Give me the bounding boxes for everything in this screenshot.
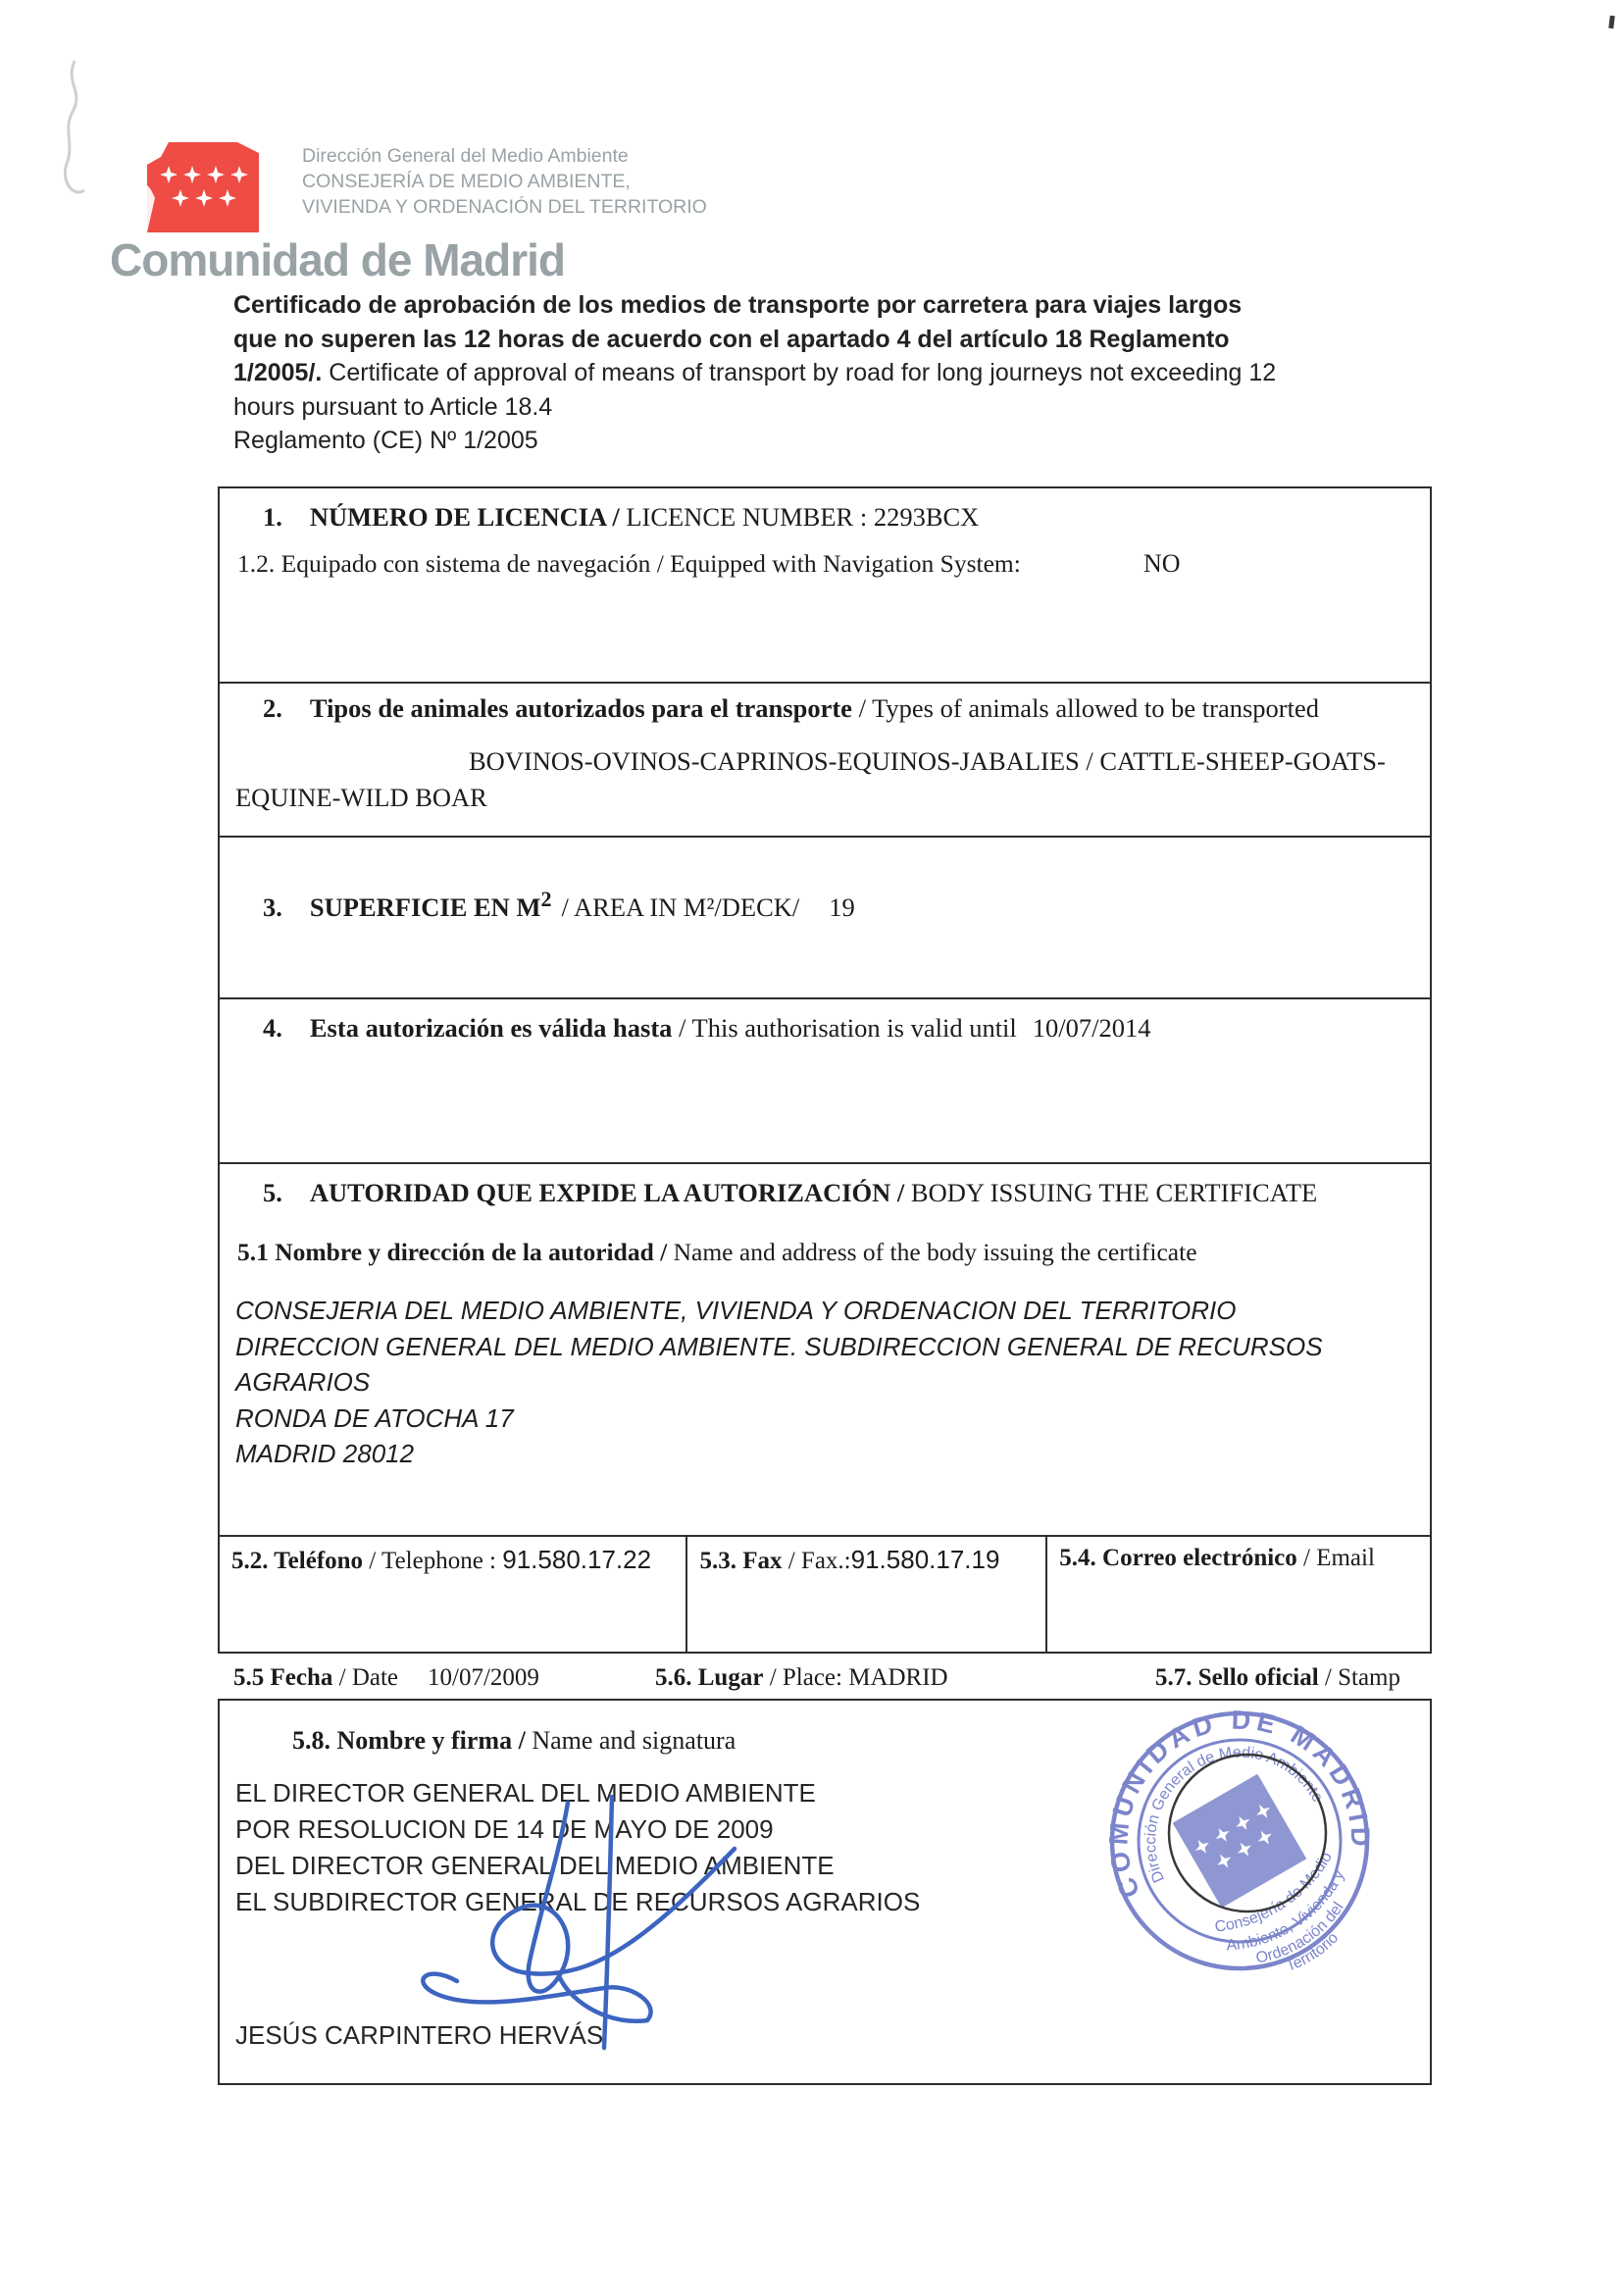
official-stamp-label: 5.7. Sello oficial / Stamp [1155, 1664, 1400, 1692]
official-stamp-icon: COMUNIDAD DE MADRID Dirección [1107, 1708, 1372, 1973]
dept-line: Dirección General del Medio Ambiente [302, 143, 707, 169]
department-header: Dirección General del Medio Ambiente CON… [302, 143, 707, 220]
fax-value: 91.580.17.19 [851, 1545, 1000, 1574]
scanned-certificate-page: Dirección General del Medio Ambiente CON… [0, 0, 1624, 2294]
title-line: hours pursuant to Article 18.4 [233, 390, 1430, 425]
dept-line: VIVIENDA Y ORDENACIÓN DEL TERRITORIO [302, 194, 707, 220]
row-licence-number: 1.NÚMERO DE LICENCIA / LICENCE NUMBER : … [220, 488, 1430, 682]
validity-line: 4.Esta autorización es válida hasta / Th… [220, 999, 1430, 1044]
row-animal-types: 2.Tipos de animales autorizados para el … [220, 682, 1430, 836]
area-value: 19 [829, 892, 855, 922]
validity-date: 10/07/2014 [1033, 1013, 1151, 1043]
title-line: 1/2005/. Certificate of approval of mean… [233, 356, 1430, 390]
title-line: Certificado de aprobación de los medios … [233, 288, 1430, 323]
place-value: MADRID [848, 1664, 947, 1691]
navigation-system-label: 1.2. Equipado con sistema de navegación … [237, 549, 1021, 579]
address-line: MADRID 28012 [235, 1436, 1430, 1472]
animal-types-value: BOVINOS-OVINOS-CAPRINOS-EQUINOS-JABALIES… [469, 746, 1386, 777]
signature-box: 5.8. Nombre y firma / Name and signatura… [218, 1699, 1432, 2085]
address-line: DIRECCION GENERAL DEL MEDIO AMBIENTE. SU… [235, 1329, 1430, 1365]
flag-red-field [147, 142, 259, 232]
comunidad-de-madrid-flag-icon [45, 51, 290, 247]
email-cell: 5.4. Correo electrónico / Email [1045, 1537, 1430, 1652]
address-line: CONSEJERIA DEL MEDIO AMBIENTE, VIVIENDA … [235, 1293, 1430, 1329]
issuing-body-address: CONSEJERIA DEL MEDIO AMBIENTE, VIVIENDA … [235, 1293, 1430, 1472]
dept-line: CONSEJERÍA DE MEDIO AMBIENTE, [302, 169, 707, 194]
certificate-title: Certificado de aprobación de los medios … [233, 288, 1430, 458]
fax-cell: 5.3. Fax / Fax.:91.580.17.19 [685, 1537, 1045, 1652]
telephone-cell: 5.2. Teléfono / Telephone : 91.580.17.22 [220, 1537, 685, 1652]
address-line: AGRARIOS [235, 1364, 1430, 1401]
issuing-body-name-label: 5.1 Nombre y dirección de la autoridad /… [237, 1238, 1430, 1267]
issuing-body-heading: 5.AUTORIDAD QUE EXPIDE LA AUTORIZACIÓN /… [220, 1164, 1430, 1208]
row-area: 3.SUPERFICIE EN M2/ AREA IN M²/DECK/19 [220, 836, 1430, 997]
date-value: 10/07/2009 [428, 1664, 539, 1691]
title-line: Reglamento (CE) Nº 1/2005 [233, 424, 1430, 458]
telephone-value: 91.580.17.22 [502, 1545, 651, 1574]
area-line: 3.SUPERFICIE EN M2/ AREA IN M²/DECK/19 [220, 838, 1430, 923]
animal-types-label: 2.Tipos de animales autorizados para el … [220, 684, 1430, 724]
licence-number-line: 1.NÚMERO DE LICENCIA / LICENCE NUMBER : … [220, 488, 1430, 533]
row-contact: 5.2. Teléfono / Telephone : 91.580.17.22… [220, 1535, 1430, 1652]
signer-name: JESÚS CARPINTERO HERVÁS [235, 2020, 603, 2051]
map-outline-icon [65, 61, 84, 192]
title-line: que no superen las 12 horas de acuerdo c… [233, 323, 1430, 357]
place-field: 5.6. Lugar / Place: MADRID [655, 1664, 948, 1692]
address-line: RONDA DE ATOCHA 17 [235, 1401, 1430, 1437]
animal-types-value: EQUINE-WILD BOAR [235, 783, 487, 813]
navigation-system-value: NO [1143, 549, 1181, 579]
date-field: 5.5 Fecha / Date10/07/2009 [233, 1664, 539, 1692]
row-validity: 4.Esta autorización es válida hasta / Th… [220, 997, 1430, 1162]
scan-artifact-mark [1608, 16, 1615, 29]
brand-title: Comunidad de Madrid [110, 233, 565, 286]
row-issuing-body: 5.AUTORIDAD QUE EXPIDE LA AUTORIZACIÓN /… [220, 1162, 1430, 1535]
certificate-table: 1.NÚMERO DE LICENCIA / LICENCE NUMBER : … [218, 486, 1432, 1654]
